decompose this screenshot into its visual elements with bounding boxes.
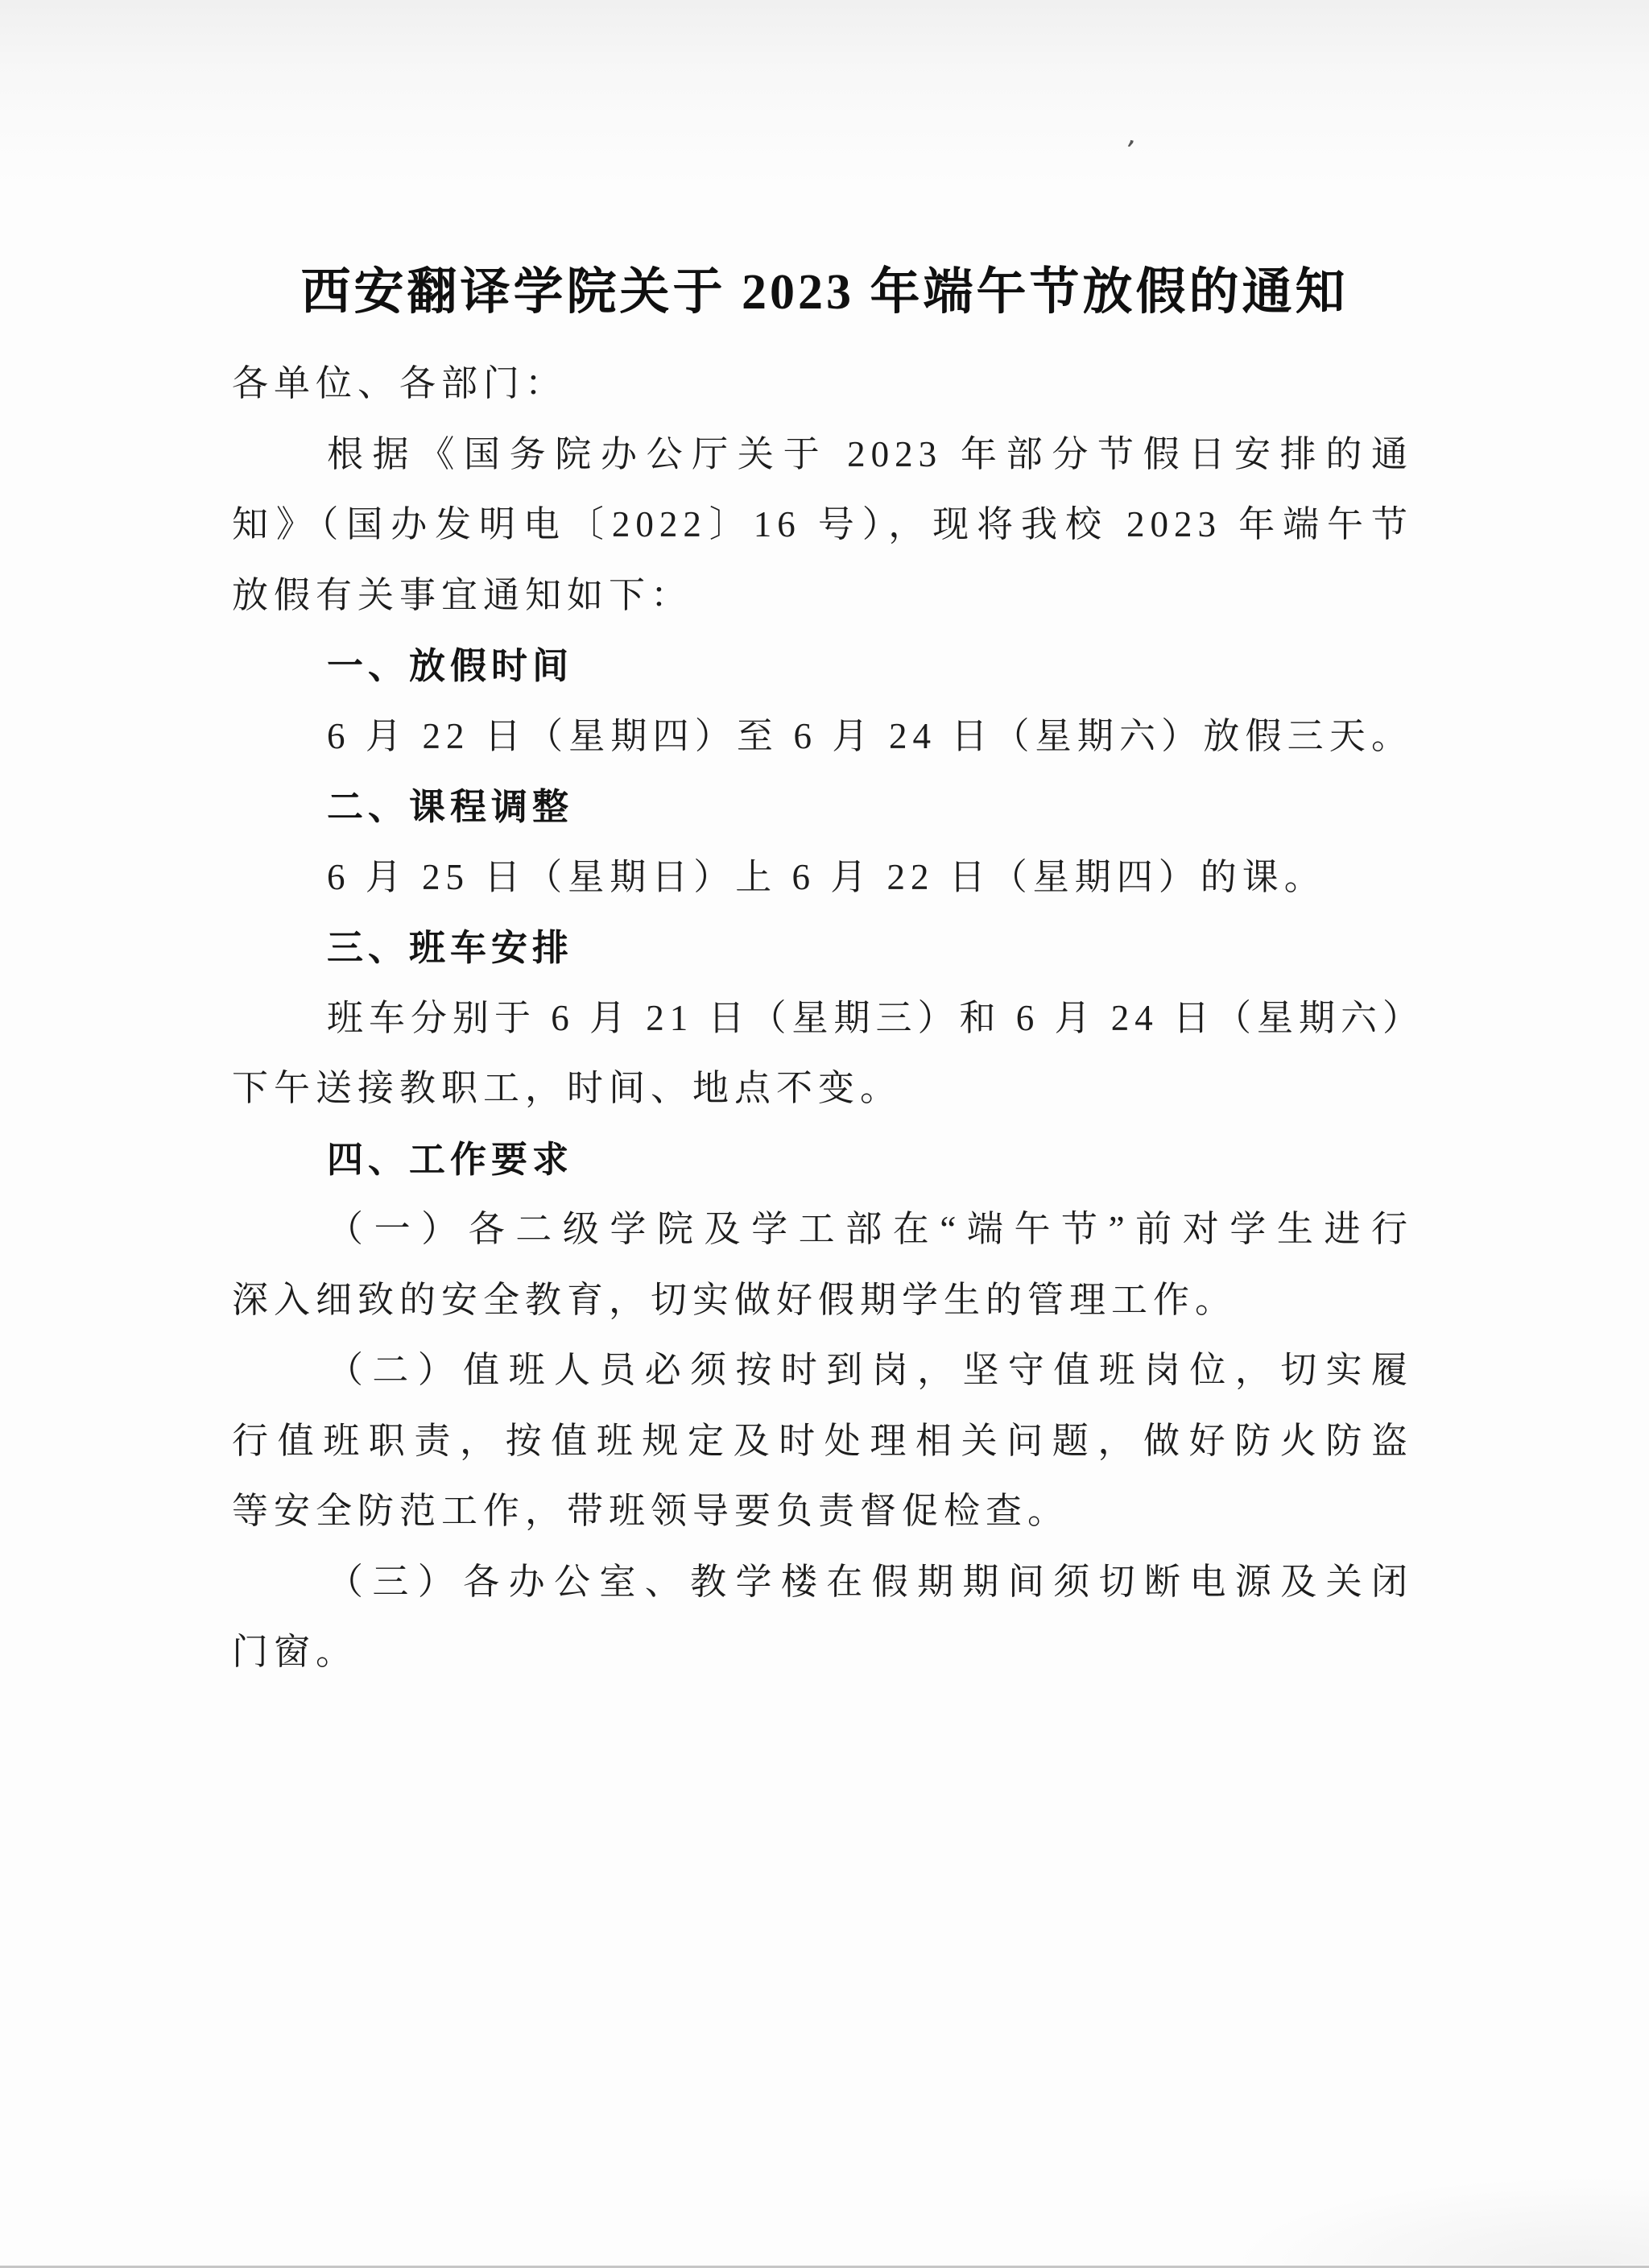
text-line: 下午送接教职工，时间、地点不变。 (232, 1053, 1413, 1124)
text-line: 门窗。 (232, 1617, 1413, 1688)
text-line: （一）各二级学院及学工部在“端午节”前对学生进行 (232, 1194, 1413, 1265)
text-line: （二）值班人员必须按时到岗，坚守值班岗位，切实履 (232, 1335, 1413, 1406)
scan-speck-artifact: ʼ (1120, 135, 1137, 169)
notice-body: 各单位、各部门：根据《国务院办公厅关于 2023 年部分节假日安排的通知》（国办… (232, 349, 1413, 1688)
text-line: 6 月 25 日（星期日）上 6 月 22 日（星期四）的课。 (232, 842, 1413, 913)
text-line: 放假有关事宜通知如下： (232, 561, 1413, 631)
text-line: 6 月 22 日（星期四）至 6 月 24 日（星期六）放假三天。 (232, 702, 1413, 772)
text-line: 等安全防范工作，带班领导要负责督促检查。 (232, 1476, 1413, 1547)
text-line: 深入细致的安全教育，切实做好假期学生的管理工作。 (232, 1265, 1413, 1336)
section-heading: 一、放假时间 (232, 631, 1413, 702)
scan-bottom-smudge (1230, 2176, 1649, 2265)
section-heading: 三、班车安排 (232, 913, 1413, 983)
notice-title: 西安翻译学院关于 2023 年端午节放假的通知 (0, 260, 1649, 325)
text-line: （三）各办公室、教学楼在假期期间须切断电源及关闭 (232, 1547, 1413, 1618)
text-line: 知》（国办发明电〔2022〕16 号），现将我校 2023 年端午节 (232, 490, 1413, 561)
scan-top-shading (0, 0, 1649, 185)
scanned-notice-page: ʼ 西安翻译学院关于 2023 年端午节放假的通知 各单位、各部门：根据《国务院… (0, 0, 1649, 2268)
section-heading: 四、工作要求 (232, 1124, 1413, 1195)
section-heading: 二、课程调整 (232, 772, 1413, 842)
text-line: 根据《国务院办公厅关于 2023 年部分节假日安排的通 (232, 420, 1413, 490)
text-line: 行值班职责，按值班规定及时处理相关问题，做好防火防盗 (232, 1406, 1413, 1477)
text-line: 各单位、各部门： (232, 349, 1413, 420)
text-line: 班车分别于 6 月 21 日（星期三）和 6 月 24 日（星期六） (232, 983, 1413, 1054)
